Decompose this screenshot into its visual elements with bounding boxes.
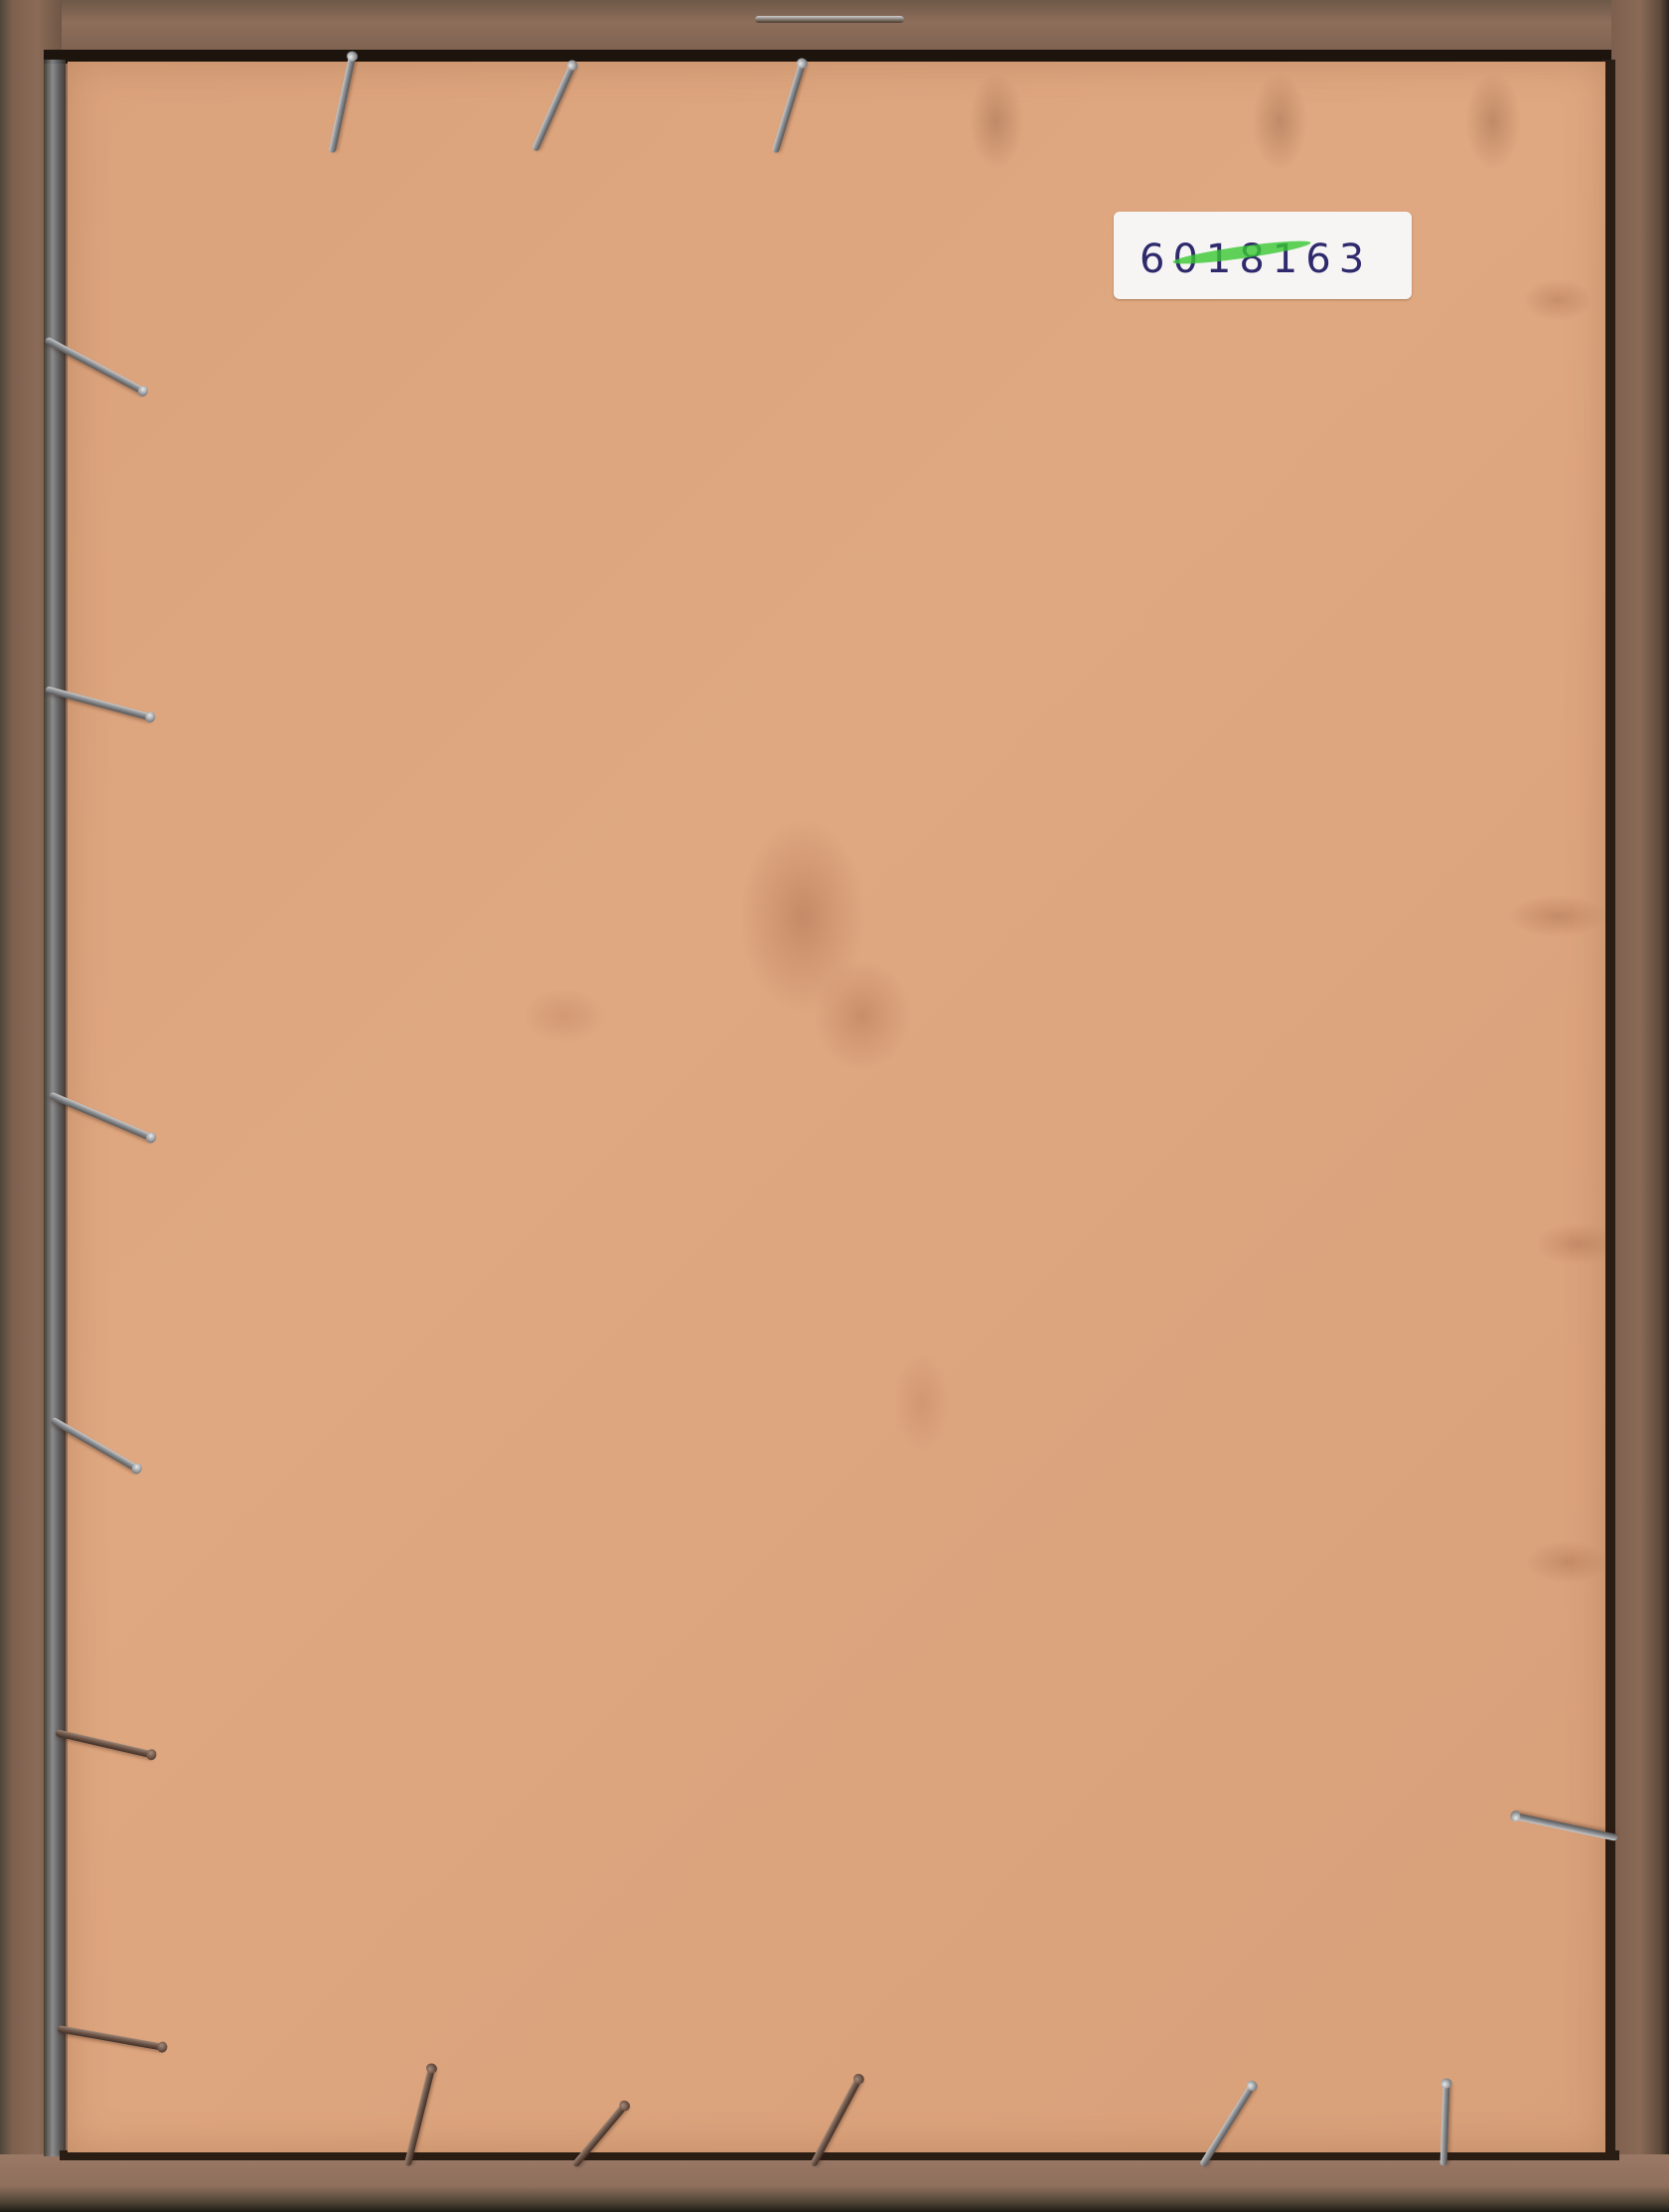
- frame-top-rail: [0, 0, 1669, 57]
- hanger-nail: [755, 16, 904, 23]
- frame-right-rail: [1611, 0, 1669, 2212]
- backing-board: [68, 62, 1605, 2152]
- frame-back-photo: 6018163: [0, 0, 1669, 2212]
- inventory-label: 6018163: [1114, 212, 1412, 299]
- frame-bottom-rail: [0, 2154, 1669, 2212]
- metal-strip-left: [44, 60, 66, 2156]
